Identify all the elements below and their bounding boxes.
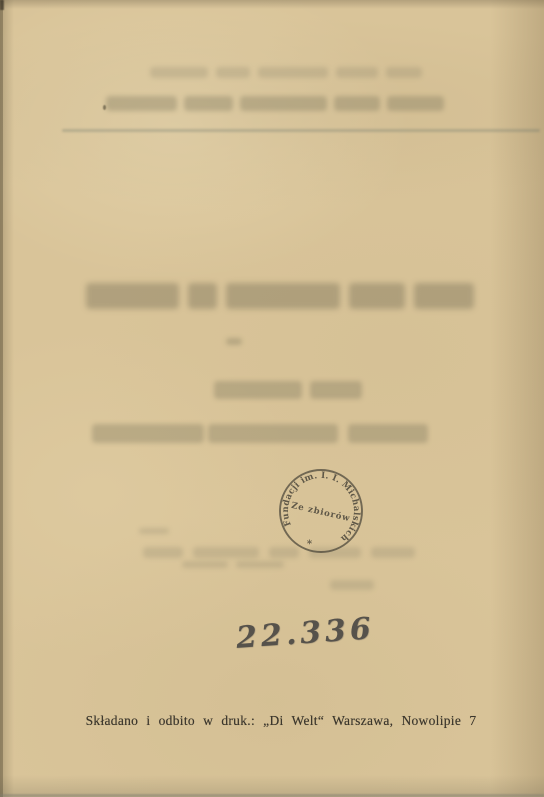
- stamp-center-text: Ze zbiorów: [290, 500, 351, 524]
- page-right-shadow: [490, 0, 544, 797]
- ink-speck: [103, 105, 106, 110]
- ghost-text-row: [208, 421, 428, 446]
- page-top-shadow: [0, 0, 544, 9]
- ghost-text-row: [150, 66, 422, 79]
- book-page: Fundacji im. I. I. Michalskich Ze zbioró…: [0, 0, 544, 797]
- accession-number: 22.336: [235, 611, 376, 656]
- ghost-text-row: [182, 560, 286, 569]
- ghost-rule-line: [62, 129, 540, 132]
- ghost-text-row: [214, 378, 362, 402]
- page-bottom-shadow: [0, 775, 544, 797]
- ghost-text-row: [106, 94, 444, 113]
- page-left-shadow: [0, 0, 14, 797]
- ghost-text-row: [139, 527, 169, 535]
- ghost-smudge: [330, 579, 374, 591]
- ghost-text-row: [92, 421, 204, 446]
- page-left-edge-line: [0, 0, 3, 797]
- ghost-title-row: [86, 281, 474, 311]
- ghost-smudge: [226, 337, 242, 346]
- corner-speck: [0, 0, 4, 10]
- stamp-star-glyph: *: [307, 539, 313, 550]
- library-stamp: Fundacji im. I. I. Michalskich Ze zbioró…: [277, 467, 365, 555]
- imprint-line: Składano i odbito w druk.: „Di Welt“ War…: [0, 713, 544, 729]
